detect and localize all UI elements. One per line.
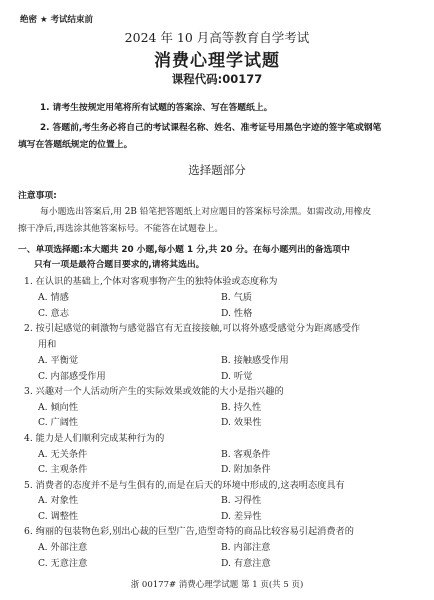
question-2-option-a: A. 平衡觉: [38, 352, 78, 366]
notice-line-2: 擦干净后,再选涂其他答案标号。不能答在试题卷上。: [18, 221, 223, 234]
instruction-1: 1. 请考生按规定用笔将所有试题的答案涂、写在答题纸上。: [40, 100, 272, 113]
question-2-option-b: B. 接触感受作用: [221, 352, 289, 366]
course-code: 课程代码:00177: [0, 71, 434, 87]
question-6-option-b: B. 内部注意: [221, 539, 270, 553]
question-6-option-c: C. 无意注意: [38, 555, 87, 569]
question-5-stem: 5. 消费者的态度并不是与生俱有的,而是在后天的环境中形成的,这表明态度具有: [24, 477, 345, 491]
question-1-option-d: D. 性格: [221, 305, 252, 319]
question-1-stem: 1. 在认识的基础上,个体对客观事物产生的独特体验或态度称为: [24, 273, 277, 287]
subject-title: 消费心理学试题: [0, 46, 434, 71]
question-3-option-b: B. 持久性: [221, 399, 261, 413]
question-3-option-a: A. 倾向性: [38, 399, 78, 413]
question-5-option-a: A. 对象性: [38, 492, 78, 506]
notice-line-1: 每小题选出答案后,用 2B 铅笔把答题纸上对应题目的答案标号涂黑。如需改动,用橡…: [40, 204, 371, 217]
question-4-stem: 4. 能力是人们顺利完成某种行为的: [24, 430, 164, 444]
question-2-option-c: C. 内部感受作用: [38, 368, 106, 382]
question-6-option-a: A. 外部注意: [38, 539, 87, 553]
question-4-option-b: B. 客观条件: [221, 446, 270, 460]
question-2-option-d: D. 听觉: [221, 368, 252, 382]
question-6-stem: 6. 绚丽的包装物色彩,别出心裁的巨型广告,造型奇特的商品比较容易引起消费者的: [24, 523, 354, 537]
question-5-option-d: D. 差异性: [221, 508, 261, 522]
question-1-option-a: A. 情感: [38, 289, 69, 303]
notice-heading: 注意事项:: [18, 188, 57, 201]
exam-title: 2024 年 10 月高等教育自学考试: [0, 28, 434, 46]
question-5-option-b: B. 习得性: [221, 492, 261, 506]
question-1-option-b: B. 气质: [221, 289, 252, 303]
question-5-option-c: C. 调整性: [38, 508, 78, 522]
question-4-option-c: C. 主观条件: [38, 461, 87, 475]
question-3-option-d: D. 效果性: [221, 414, 261, 428]
question-2-stem-cont: 用和: [38, 336, 56, 350]
question-3-stem: 3. 兴趣对一个人活动所产生的实际效果或效能的大小是指兴趣的: [24, 383, 284, 397]
question-4-option-d: D. 附加条件: [221, 461, 271, 475]
section-title: 选择题部分: [0, 162, 434, 178]
page-footer: 浙 00177# 消费心理学试题 第 1 页(共 5 页): [0, 578, 434, 590]
question-4-option-a: A. 无关条件: [38, 446, 87, 460]
question-2-stem: 2. 按引起感觉的刺激物与感觉器官有无直接接触,可以将外感受感觉分为距离感受作: [24, 320, 360, 334]
question-1-option-c: C. 意志: [38, 305, 69, 319]
confidential-mark: 绝密 ★ 考试结束前: [20, 13, 93, 25]
instruction-2: 2. 答题前,考生务必将自己的考试课程名称、姓名、准考证号用黑色字迹的签字笔或钢…: [40, 120, 381, 133]
question-6-option-d: D. 有意注意: [221, 555, 271, 569]
part-heading-line-2: 只有一项是最符合题目要求的,请将其选出。: [34, 257, 204, 270]
question-3-option-c: C. 广阔性: [38, 414, 78, 428]
instruction-2-cont: 填写在答题纸规定的位置上。: [18, 137, 132, 150]
part-heading-line-1: 一、单项选择题:本大题共 20 小题,每小题 1 分,共 20 分。在每小题列出…: [18, 242, 350, 255]
